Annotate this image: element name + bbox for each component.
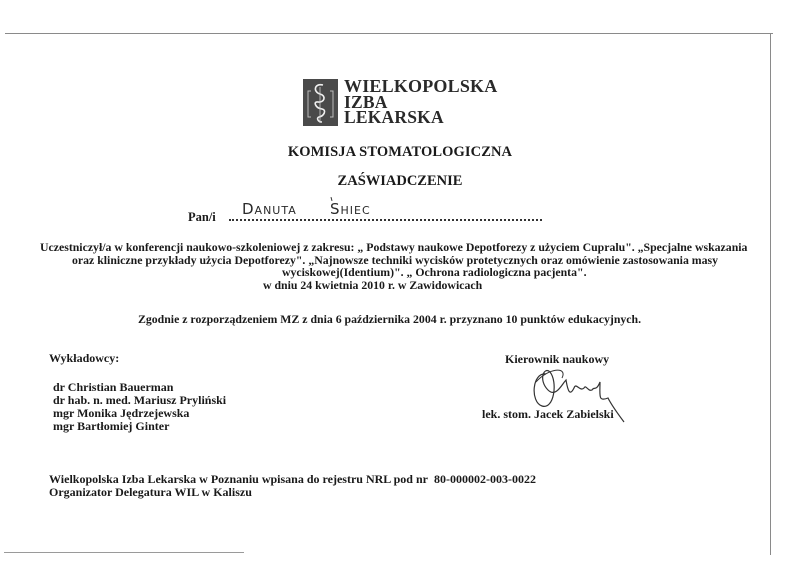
registry-text: Wielkopolska Izba Lekarska w Poznaniu wp… [49,472,428,486]
lecturers-list: dr Christian Bauerman dr hab. n. med. Ma… [53,381,226,433]
participation-date-line: w dniu 24 kwietnia 2010 r. w Zawidowicac… [40,279,780,292]
supervisor-name: lek. stom. Jacek Zabielski [482,407,614,422]
participation-line: wyciskowej(Identium)". „ Ochrona radiolo… [40,266,780,279]
organization-name-line: LEKARSKA [344,110,497,126]
organizer-text: Organizator Delegatura WIL w Kaliszu [49,486,536,499]
footer: Wielkopolska Izba Lekarska w Poznaniu wp… [49,473,536,499]
registry-number: 80-000002-003-0022 [434,472,536,486]
lecturer-name: mgr Bartłomiej Ginter [53,420,226,433]
recipient-first-name: Danuta [242,200,297,218]
participation-text: Uczestniczył/a w konferencji naukowo-szk… [40,241,780,291]
border-line-right [770,33,771,555]
document-title: ZAŚWIADCZENIE [0,173,800,190]
participation-line: Uczestniczył/a w konferencji naukowo-szk… [40,241,780,254]
recipient-last-name: Shiec [330,200,371,218]
border-line-top [5,33,773,34]
commission-heading: KOMISJA STOMATOLOGICZNA [0,144,800,161]
serpent-staff-icon [303,79,338,126]
organization-logo: WIELKOPOLSKA IZBA LEKARSKA [303,79,497,126]
regulation-text: Zgodnie z rozporządzeniem MZ z dnia 6 pa… [138,312,641,327]
organization-name: WIELKOPOLSKA IZBA LEKARSKA [344,79,497,126]
recipient-name-line [229,219,542,221]
lecturers-label: Wykładowcy: [49,351,119,366]
border-line-bottom [4,552,244,553]
recipient-label: Pan/i [188,210,216,225]
